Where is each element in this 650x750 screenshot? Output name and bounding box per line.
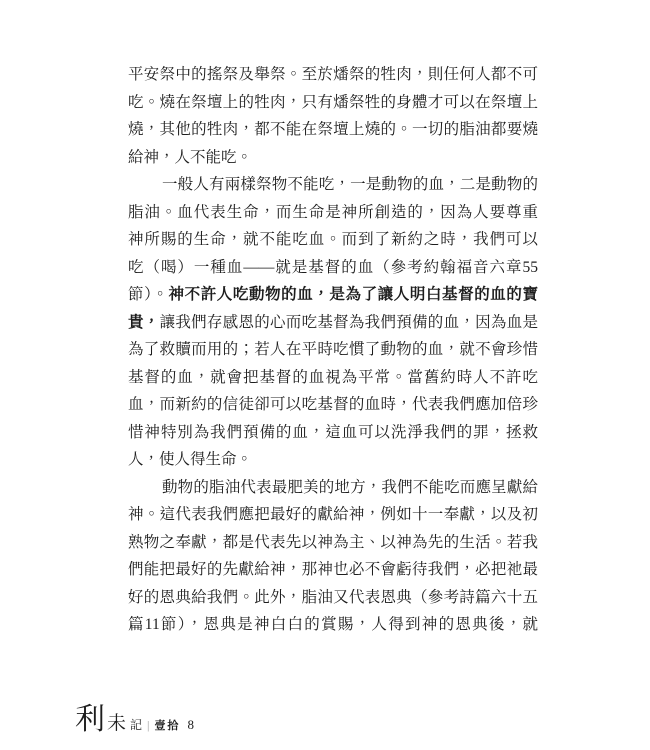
book-title-char-medium: 未 (107, 713, 126, 734)
page-footer: 利未記|壹拾8 (75, 694, 194, 738)
text-line: 吃。燒在祭壇上的牲肉，只有燔祭牲的身體才可以在祭壇上 (128, 89, 538, 117)
text-line: 平安祭中的搖祭及舉祭。至於燔祭的牲肉，則任何人都不可 (128, 61, 538, 89)
book-title-char-large: 利 (75, 703, 105, 736)
text-line-paragraph-start: 動物的脂油代表最肥美的地方，我們不能吃而應呈獻給 (128, 474, 538, 502)
text-line: 神。這代表我們應把最好的獻給神，例如十一奉獻，以及初 (128, 501, 538, 529)
emphasized-text: 神不許人吃動物的血，是為了讓人明白基督的血的寶 (169, 286, 538, 303)
chapter-label: 壹拾 (154, 720, 180, 732)
text-line-paragraph-end: 給神，人不能吃。 (128, 144, 538, 172)
book-title-char-small: 記 (130, 718, 142, 732)
page-number: 8 (187, 717, 194, 732)
text-line: 燒，其他的牲肉，都不能在祭壇上燒的。一切的脂油都要燒 (128, 116, 538, 144)
text-line: 們能把最好的先獻給神，那神也必不會虧待我們，必把祂最 (128, 556, 538, 584)
text-line: 好的恩典給我們。此外，脂油又代表恩典（參考詩篇六十五 (128, 584, 538, 612)
text-line: 篇11節），恩典是神白白的賞賜，人得到神的恩典後，就 (128, 611, 538, 639)
text-line: 節）。神不許人吃動物的血，是為了讓人明白基督的血的寶 (128, 281, 538, 309)
text-line: 神所賜的生命，就不能吃血。而到了新約之時，我們可以 (128, 226, 538, 254)
body-text: 平安祭中的搖祭及舉祭。至於燔祭的牲肉，則任何人都不可 吃。燒在祭壇上的牲肉，只有… (128, 61, 538, 639)
text-line: 脂油。血代表生命，而生命是神所創造的，因為人要尊重 (128, 199, 538, 227)
text-line: 惜神特別為我們預備的血，這血可以洗淨我們的罪，拯救 (128, 419, 538, 447)
book-page: 平安祭中的搖祭及舉祭。至於燔祭的牲肉，則任何人都不可 吃。燒在祭壇上的牲肉，只有… (0, 0, 650, 750)
text-line-paragraph-start: 一般人有兩樣祭物不能吃，一是動物的血，二是動物的 (128, 171, 538, 199)
text-line: 為了救贖而用的；若人在平時吃慣了動物的血，就不會珍惜 (128, 336, 538, 364)
text-line: 貴，讓我們存感恩的心而吃基督為我們預備的血，因為血是 (128, 309, 538, 337)
text-line: 吃（喝）一種血——就是基督的血（參考約翰福音六章55 (128, 254, 538, 282)
footer-separator: | (147, 718, 149, 732)
text-line: 血，而新約的信徒卻可以吃基督的血時，代表我們應加倍珍 (128, 391, 538, 419)
text-line: 熟物之奉獻，都是代表先以神為主、以神為先的生活。若我 (128, 529, 538, 557)
emphasized-text: 貴， (128, 314, 160, 331)
text-line: 基督的血，就會把基督的血視為平常。當舊約時人不許吃 (128, 364, 538, 392)
text-line-paragraph-end: 人，使人得生命。 (128, 446, 538, 474)
